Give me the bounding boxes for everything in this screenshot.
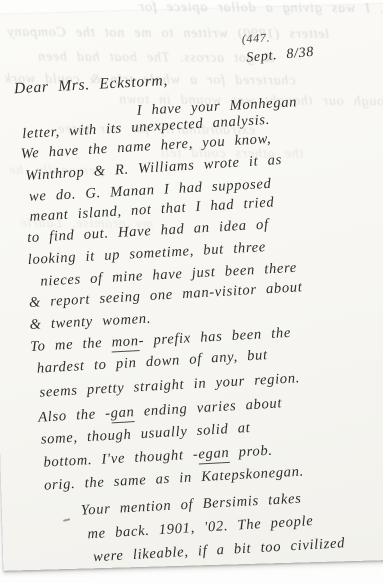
text-segment: - prefix has been the (138, 325, 291, 349)
scanned-letter: for me. I was giving a dollar apiece for… (0, 0, 383, 583)
underlined-word: egan (198, 445, 230, 465)
text-segment: To me the (30, 335, 112, 355)
bleedthrough-line: & got across. The boat had been (37, 49, 275, 67)
underlined-word: mon (111, 333, 139, 352)
text-segment: ending varies about (134, 395, 283, 420)
stray-pencil-mark (63, 518, 70, 522)
text-segment: Also the - (38, 405, 111, 425)
letter-date: Sept. 8/38 (246, 45, 315, 67)
bleedthrough-line: for me. I was giving a dollar apiece for (138, 0, 383, 18)
underlined-word: gan (110, 404, 135, 423)
bleedthrough-line: letters (1890) written to me not the Com… (7, 25, 330, 43)
text-segment: prob. (229, 443, 273, 461)
letter-paper: for me. I was giving a dollar apiece for… (0, 3, 383, 571)
page-number: (447. (241, 30, 270, 47)
text-segment: bottom. I've thought - (43, 447, 199, 471)
bleedthrough-layer: for me. I was giving a dollar apiece for… (0, 3, 383, 15)
handwriting-line: & twenty women. (29, 311, 151, 334)
